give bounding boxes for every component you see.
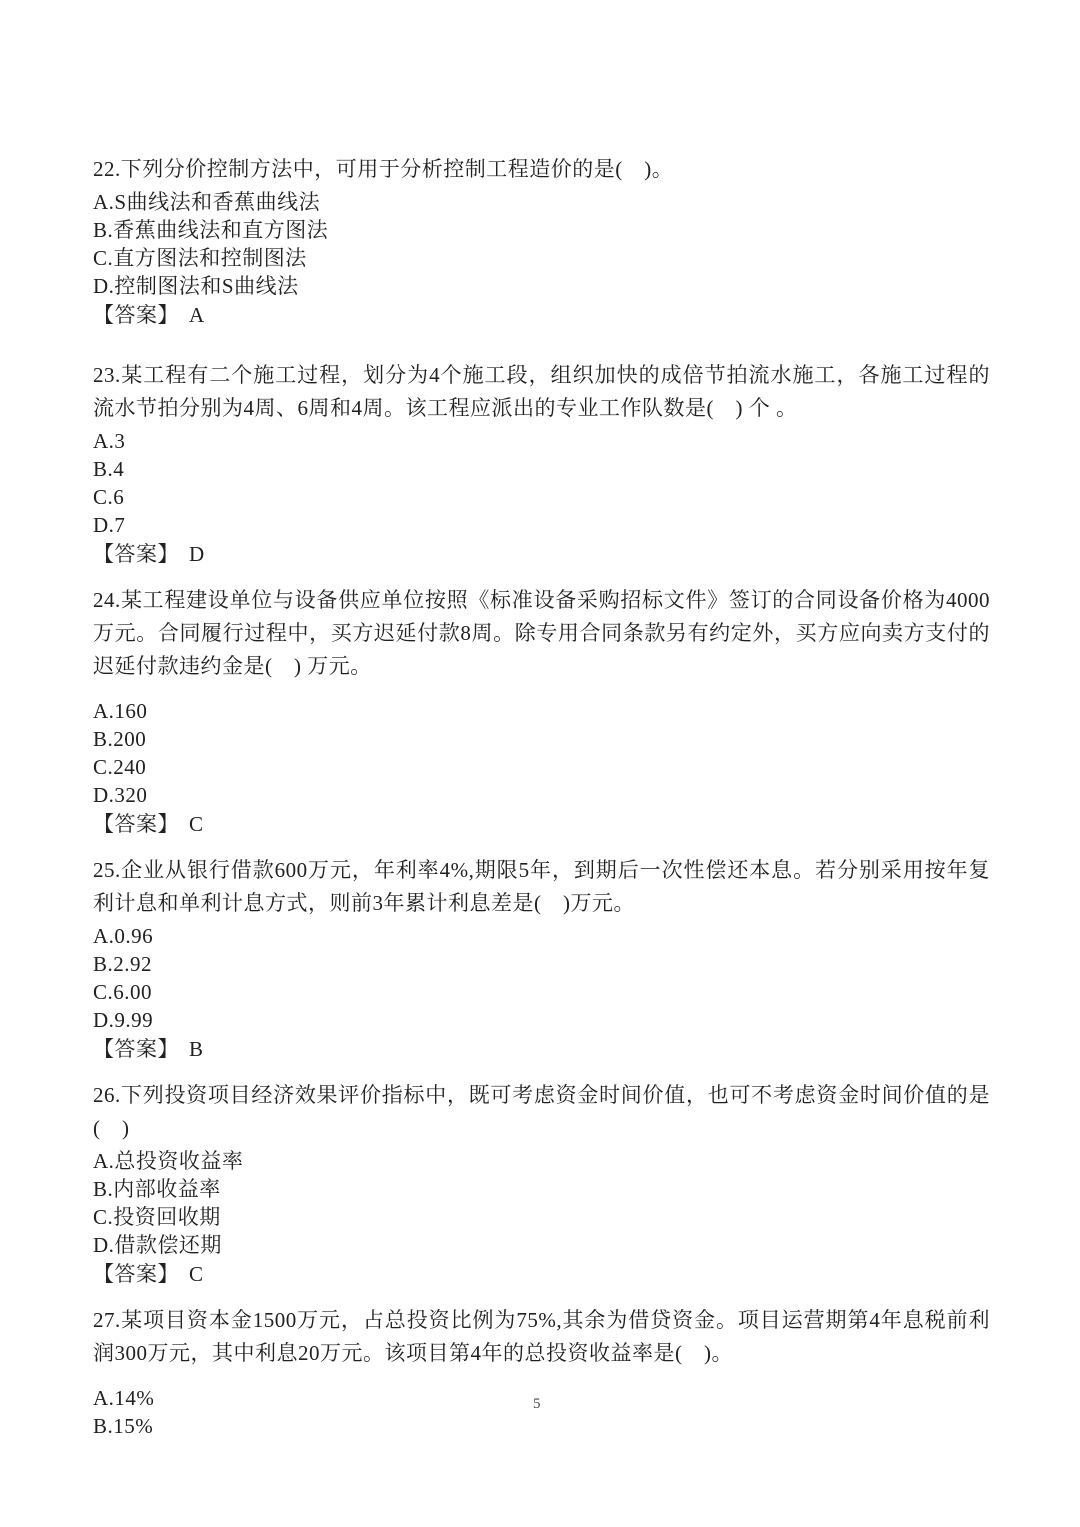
- option-c: C.240: [93, 753, 990, 781]
- question-22: 22.下列分价控制方法中，可用于分析控制工程造价的是( )。 A.S曲线法和香蕉…: [93, 153, 990, 329]
- options-list: A.总投资收益率 B.内部收益率 C.投资回收期 D.借款偿还期: [93, 1147, 990, 1259]
- option-a: A.3: [93, 427, 990, 455]
- option-b: B.200: [93, 725, 990, 753]
- option-d: D.9.99: [93, 1006, 990, 1034]
- option-c: C.直方图法和控制图法: [93, 244, 990, 272]
- question-stem: 24.某工程建设单位与设备供应单位按照《标准设备采购招标文件》签订的合同设备价格…: [93, 584, 990, 683]
- question-26: 26.下列投资项目经济效果评价指标中，既可考虑资金时间价值，也可不考虑资金时间价…: [93, 1079, 990, 1288]
- option-b: B.2.92: [93, 950, 990, 978]
- options-list: A.0.96 B.2.92 C.6.00 D.9.99: [93, 922, 990, 1034]
- question-stem: 25.企业从银行借款600万元，年利率4%,期限5年，到期后一次性偿还本息。若分…: [93, 854, 990, 920]
- exam-page: 22.下列分价控制方法中，可用于分析控制工程造价的是( )。 A.S曲线法和香蕉…: [0, 0, 1080, 1527]
- option-b: B.内部收益率: [93, 1175, 990, 1203]
- question-25: 25.企业从银行借款600万元，年利率4%,期限5年，到期后一次性偿还本息。若分…: [93, 854, 990, 1063]
- option-a: A.160: [93, 697, 990, 725]
- answer-line: 【答案】B: [93, 1035, 990, 1063]
- option-c: C.6.00: [93, 978, 990, 1006]
- option-b: B.4: [93, 455, 990, 483]
- options-list: A.160 B.200 C.240 D.320: [93, 697, 990, 809]
- answer-line: 【答案】A: [93, 301, 990, 329]
- option-a: A.S曲线法和香蕉曲线法: [93, 188, 990, 216]
- option-c: C.投资回收期: [93, 1203, 990, 1231]
- option-d: D.320: [93, 781, 990, 809]
- answer-line: 【答案】C: [93, 810, 990, 838]
- answer-label: 【答案】: [93, 812, 179, 836]
- answer-letter: C: [189, 812, 204, 836]
- answer-label: 【答案】: [93, 1037, 179, 1061]
- question-stem: 23.某工程有二个施工过程，划分为4个施工段，组织加快的成倍节拍流水施工，各施工…: [93, 359, 990, 425]
- answer-letter: D: [189, 542, 205, 566]
- answer-letter: A: [189, 303, 205, 327]
- option-c: C.6: [93, 483, 990, 511]
- question-stem: 26.下列投资项目经济效果评价指标中，既可考虑资金时间价值，也可不考虑资金时间价…: [93, 1079, 990, 1145]
- answer-line: 【答案】D: [93, 540, 990, 568]
- option-a: A.总投资收益率: [93, 1147, 990, 1175]
- question-27: 27.某项目资本金1500万元，占总投资比例为75%,其余为借贷资金。项目运营期…: [93, 1304, 990, 1440]
- option-d: D.控制图法和S曲线法: [93, 272, 990, 300]
- question-stem: 22.下列分价控制方法中，可用于分析控制工程造价的是( )。: [93, 153, 990, 186]
- option-d: D.借款偿还期: [93, 1231, 990, 1259]
- option-b: B.15%: [93, 1412, 990, 1440]
- options-list: A.3 B.4 C.6 D.7: [93, 427, 990, 539]
- question-stem: 27.某项目资本金1500万元，占总投资比例为75%,其余为借贷资金。项目运营期…: [93, 1304, 990, 1370]
- option-b: B.香蕉曲线法和直方图法: [93, 216, 990, 244]
- option-d: D.7: [93, 511, 990, 539]
- answer-line: 【答案】C: [93, 1260, 990, 1288]
- page-number: 5: [0, 1396, 1074, 1413]
- answer-label: 【答案】: [93, 542, 179, 566]
- answer-letter: C: [189, 1262, 204, 1286]
- option-a: A.0.96: [93, 922, 990, 950]
- answer-label: 【答案】: [93, 303, 179, 327]
- answer-letter: B: [189, 1037, 204, 1061]
- exam-content: 22.下列分价控制方法中，可用于分析控制工程造价的是( )。 A.S曲线法和香蕉…: [93, 153, 990, 1456]
- question-24: 24.某工程建设单位与设备供应单位按照《标准设备采购招标文件》签订的合同设备价格…: [93, 584, 990, 838]
- answer-label: 【答案】: [93, 1262, 179, 1286]
- question-23: 23.某工程有二个施工过程，划分为4个施工段，组织加快的成倍节拍流水施工，各施工…: [93, 359, 990, 568]
- options-list: A.S曲线法和香蕉曲线法 B.香蕉曲线法和直方图法 C.直方图法和控制图法 D.…: [93, 188, 990, 300]
